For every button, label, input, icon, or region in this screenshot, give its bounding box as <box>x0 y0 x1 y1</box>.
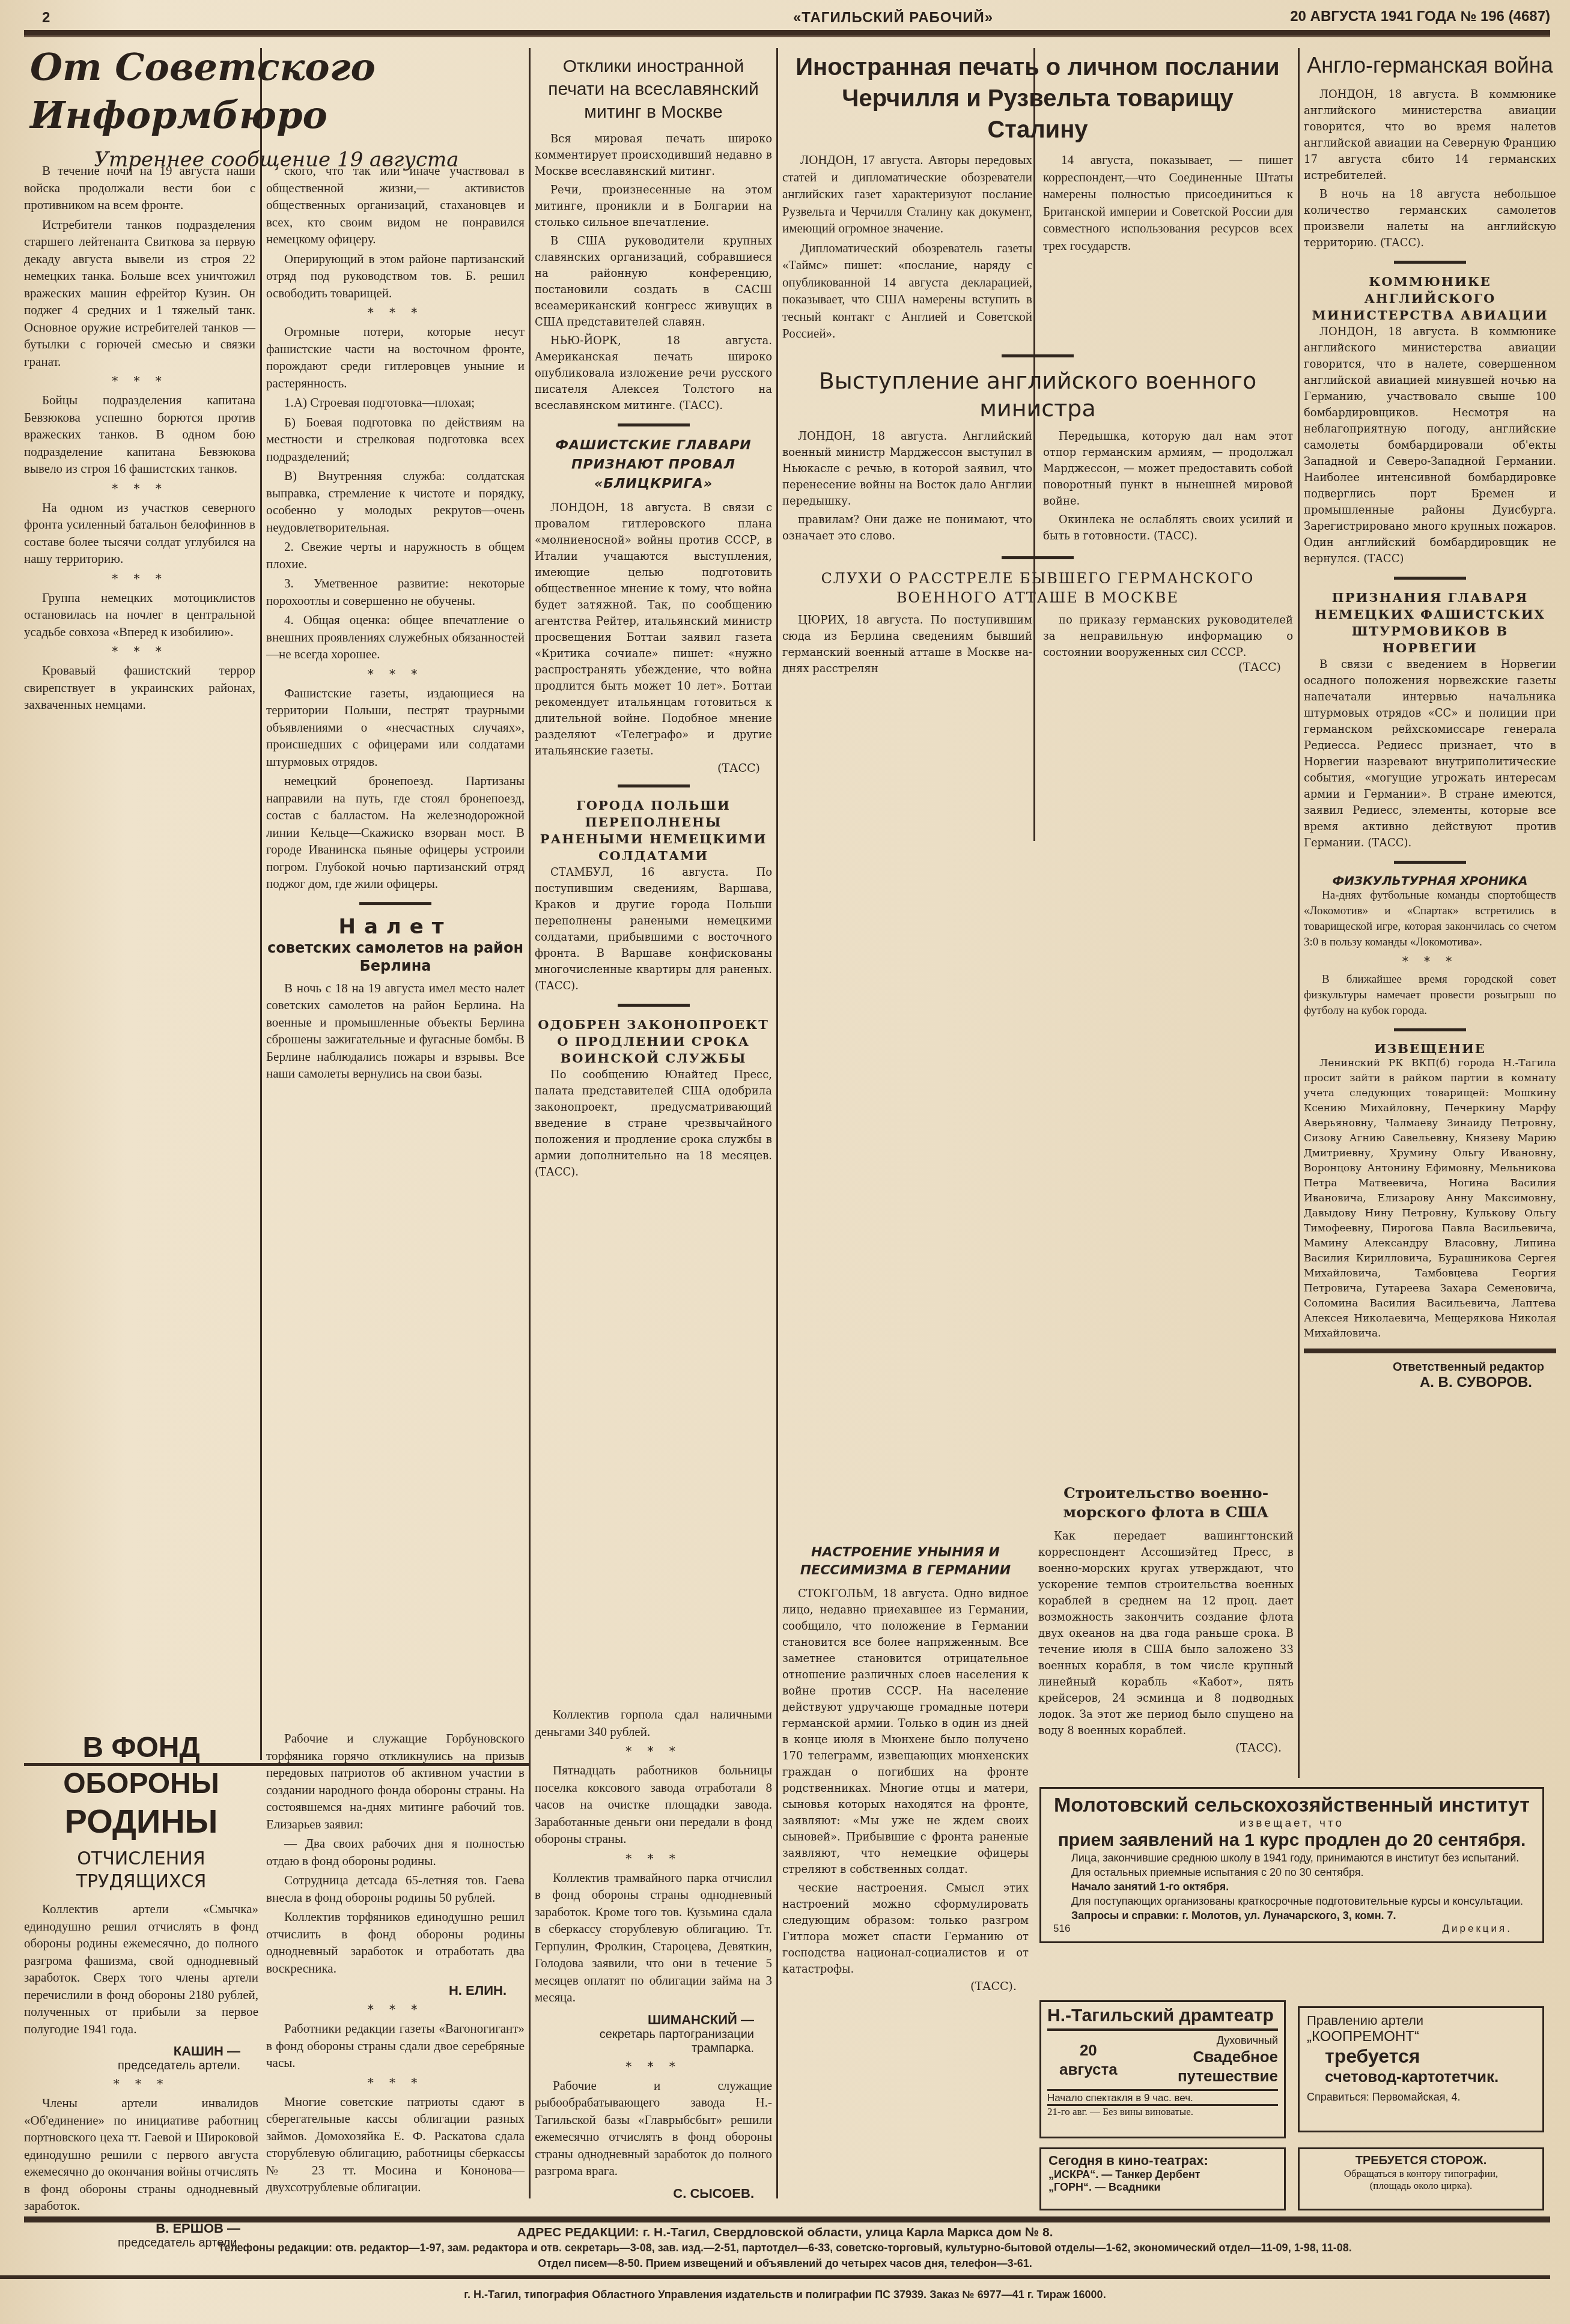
issue-date: 20 АВГУСТА 1941 ГОДА № 196 (4687) <box>1290 8 1550 25</box>
paper-name: «ТАГИЛЬСКИЙ РАБОЧИЙ» <box>793 10 993 26</box>
section-rule <box>1394 577 1466 580</box>
stars-separator: * * * <box>266 305 525 320</box>
watchman-line: Обращаться в контору типографии, <box>1307 2168 1535 2180</box>
watchman-title: ТРЕБУЕТСЯ СТОРОЖ. <box>1307 2154 1535 2168</box>
paragraph: Рабочие и служащие Горбуновского торфяни… <box>266 1730 525 1833</box>
paragraph: В течение ночи на 19 августа наши войска… <box>24 162 255 214</box>
stars-separator: * * * <box>266 2075 525 2090</box>
editor-name: А. В. СУВОРОВ. <box>1304 1374 1556 1391</box>
paragraph: В связи с введением в Норвегии осадного … <box>1304 657 1556 851</box>
stars-separator: * * * <box>24 644 255 658</box>
ad-line: Начало занятий 1-го октября. <box>1053 1880 1530 1894</box>
cinema-ad: Сегодня в кино-театрах: „ИСКРА“. — Танке… <box>1039 2147 1286 2210</box>
foreign-press-article: Иностранная печать о личном послании Чер… <box>782 43 1293 677</box>
source-tag: (ТАСС) <box>1043 661 1293 674</box>
theatre-date-month: августа <box>1059 2060 1118 2079</box>
stars-separator: * * * <box>1304 954 1556 968</box>
paragraph: по приказу германских руководителей за н… <box>1043 612 1293 661</box>
signature-role: председатель артели. <box>24 2059 258 2073</box>
paragraph: Многие советские патриоты сдают в сберег… <box>266 2093 525 2196</box>
paragraph: Сотрудница детсада 65-летняя тов. Гаева … <box>266 1872 525 1906</box>
section-rule <box>359 902 431 905</box>
signature-role: секретарь партогранизации трампарка. <box>535 2028 772 2055</box>
paragraph: Коллектив горпола сдал наличными деньгам… <box>535 1706 772 1740</box>
defense-fund-title: В ФОНД ОБОРОНЫ <box>24 1730 258 1802</box>
col5-body: Англо-германская война ЛОНДОН, 18 август… <box>1304 43 1556 1391</box>
paragraph: Кровавый фашистский террор свирепствует … <box>24 662 255 714</box>
paragraph: ЛОНДОН, 18 августа. В коммюнике английск… <box>1304 86 1556 184</box>
foreign-press-title: Иностранная печать о личном послании Чер… <box>782 43 1293 151</box>
paragraph: Члены артели инвалидов «Об'единение» по … <box>24 2095 258 2215</box>
paragraph: ЛОНДОН, 18 августа. В связи с провалом г… <box>535 500 772 759</box>
stars-separator: * * * <box>24 374 255 388</box>
section-rule <box>1002 556 1074 559</box>
paragraph: Коллектив торфяников единодушно решил от… <box>266 1908 525 1977</box>
paragraph: ЛОНДОН, 18 августа. В коммюнике английск… <box>1304 324 1556 567</box>
mood-title: НАСТРОЕНИЕ УНЫНИЯ И ПЕССИМИЗМА В ГЕРМАНИ… <box>782 1544 1029 1580</box>
bottom-rule <box>0 2275 1550 2279</box>
paragraph: 14 августа, показывает, — пишет корреспо… <box>1043 151 1293 254</box>
rumor-title: СЛУХИ О РАССТРЕЛЕ БЫВШЕГО ГЕРМАНСКОГО ВО… <box>782 569 1293 607</box>
defense-fund-title-2: РОДИНЫ <box>24 1802 258 1840</box>
raf-title: КОММЮНИКЕ АНГЛИЙСКОГО МИНИСТЕРСТВА АВИАЦ… <box>1304 273 1556 324</box>
paragraph: В ближайшее время городской совет физкул… <box>1304 972 1556 1019</box>
stars-separator: * * * <box>266 667 525 681</box>
paragraph: По сообщению Юнайтед Пресс, палата предс… <box>535 1067 772 1180</box>
ad-signature: Дирекция. <box>1442 1923 1530 1935</box>
paragraph: ЛОНДОН, 17 августа. Авторы передовых ста… <box>782 151 1032 237</box>
defense-fund-col2: Рабочие и служащие Горбуновского торфяни… <box>266 1730 525 2198</box>
paragraph: Окинлека не ослаблять своих усилий и быт… <box>1043 512 1293 544</box>
ad-line: Лица, закончившие среднюю школу в 1941 г… <box>1053 1851 1530 1865</box>
defense-fund-col3: Коллектив горпола сдал наличными деньгам… <box>535 1706 772 2201</box>
institute-title: Молотовский сельскохозяйственный институ… <box>1053 1794 1530 1817</box>
minister-title: Выступление английского военного министр… <box>782 367 1293 422</box>
paragraph: ЦЮРИХ, 18 августа. По поступившим сюда и… <box>782 612 1032 677</box>
source-tag: (ТАСС). <box>782 1980 1029 1993</box>
raid-title: Налет <box>266 915 525 939</box>
artel-ad: Правлению артели „КООПРЕМОНТ“ требуется … <box>1298 2006 1544 2132</box>
paragraph: Рабочие и служащие рыбообрабатывающего з… <box>535 2077 772 2180</box>
paragraph: — Два своих рабочих дня я полностью отда… <box>266 1835 525 1869</box>
cinema-row: „ИСКРА“. — Танкер Дербент <box>1048 2168 1277 2181</box>
section-rule <box>1394 861 1466 864</box>
norway-title: ПРИЗНАНИЯ ГЛАВАРЯ НЕМЕЦКИХ ФАШИСТСКИХ ШТ… <box>1304 589 1556 657</box>
stars-separator: * * * <box>24 571 255 586</box>
paragraph: В США руководители крупных славянских ор… <box>535 233 772 330</box>
sovinformburo-title: От Советского Информбюро <box>24 43 529 139</box>
paragraph: На-днях футбольные команды спортобществ … <box>1304 888 1556 950</box>
signature: КАШИН — <box>24 2043 258 2059</box>
list-item: 1.А) Строевая подготовка—плохая; <box>266 394 525 411</box>
cinema-row: „ГОРН“. — Всадники <box>1048 2181 1277 2194</box>
list-item: Б) Боевая подготовка по действиям на мес… <box>266 414 525 466</box>
institute-notifies: извещает, что <box>1053 1817 1530 1830</box>
paragraph: Истребители танков подразделения старшег… <box>24 216 255 371</box>
usa-law-title: ОДОБРЕН ЗАКОНОПРОЕКТ О ПРОДЛЕНИИ СРОКА В… <box>535 1016 772 1067</box>
navy-article: Строительство военно-морского флота в СШ… <box>1038 1484 1294 1755</box>
paragraph: Вся мировая печать широко комментирует п… <box>535 131 772 180</box>
poland-title: ГОРОДА ПОЛЬШИ ПЕРЕПОЛНЕНЫ РАНЕНЫМИ НЕМЕЦ… <box>535 797 772 864</box>
section-rule <box>618 1004 690 1007</box>
stars-separator: * * * <box>535 1744 772 1758</box>
paragraph: немецкий бронепоезд. Партизаны направили… <box>266 772 525 893</box>
watchman-ad: ТРЕБУЕТСЯ СТОРОЖ. Обращаться в контору т… <box>1298 2147 1544 2210</box>
paragraph: Коллектив артели «Смычка» единодушно реш… <box>24 1901 258 2037</box>
newspaper-page: 2 «ТАГИЛЬСКИЙ РАБОЧИЙ» 20 АВГУСТА 1941 Г… <box>0 0 1570 2324</box>
stars-separator: * * * <box>266 2002 525 2016</box>
section-rule <box>1394 1028 1466 1031</box>
theatre-play: Свадебное путешествие <box>1164 2047 1278 2086</box>
signature: ШИМАНСКИЙ — <box>535 2012 772 2028</box>
defense-fund-header: В ФОНД ОБОРОНЫ РОДИНЫ ОТЧИСЛЕНИЯ ТРУДЯЩИ… <box>24 1730 258 2250</box>
navy-title: Строительство военно-морского флота в СШ… <box>1038 1484 1294 1522</box>
col2-body: ского, что так или иначе участвовал в об… <box>266 162 525 1085</box>
section-rule <box>1304 1349 1556 1353</box>
stars-separator: * * * <box>535 2059 772 2074</box>
defense-fund-subtitle: ОТЧИСЛЕНИЯ ТРУДЯЩИХСЯ <box>24 1840 258 1901</box>
column-divider <box>529 48 531 2198</box>
footer-letters: Отдел писем—8-50. Прием извещений и объя… <box>0 2257 1570 2270</box>
artel-line: Справиться: Первомайская, 4. <box>1307 2091 1535 2104</box>
paragraph: Оперирующий в этом районе партизанский о… <box>266 250 525 302</box>
masthead: 2 «ТАГИЛЬСКИЙ РАБОЧИЙ» 20 АВГУСТА 1941 Г… <box>42 6 1556 30</box>
footer-address: АДРЕС РЕДАКЦИИ: г. Н.-Тагил, Свердловско… <box>0 2225 1570 2240</box>
paragraph: Как передает вашингтонский корреспондент… <box>1038 1528 1294 1739</box>
artel-line: Правлению артели <box>1307 2013 1535 2028</box>
reactions-title: Отклики иностранной печати на всеславянс… <box>535 43 772 131</box>
theatre-start: Начало спектакля в 9 час. веч. <box>1047 2089 1278 2104</box>
paragraph: Бойцы подразделения капитана Бевзюкова у… <box>24 392 255 478</box>
source-tag: (ТАСС). <box>1038 1741 1294 1755</box>
paragraph: ческие настроения. Смысл этих настроений… <box>782 1880 1029 1977</box>
paragraph: Огромные потери, которые несут фашистски… <box>266 323 525 392</box>
artel-line: счетовод-картотетчик. <box>1307 2068 1535 2086</box>
artel-line: требуется <box>1307 2045 1535 2068</box>
col1-body: В течение ночи на 19 августа наши войска… <box>24 162 255 716</box>
theatre-title: Н.-Тагильский драмтеатр <box>1047 2006 1278 2031</box>
raid-subtitle: советских самолетов на район Берлина <box>266 939 525 975</box>
artel-name: „КООПРЕМОНТ“ <box>1307 2028 1535 2045</box>
section-rule <box>618 784 690 787</box>
ad-line: Для остальных приемные испытания с 20 по… <box>1053 1865 1530 1880</box>
page-number: 2 <box>42 10 50 26</box>
institute-ad: Молотовский сельскохозяйственный институ… <box>1039 1787 1544 1943</box>
fascist-title: ФАШИСТСКИЕ ГЛАВАРИ ПРИЗНАЮТ ПРОВАЛ «БЛИЦ… <box>535 436 772 494</box>
section-rule <box>618 423 690 426</box>
theatre-date-day: 20 <box>1059 2040 1118 2060</box>
top-rule <box>24 30 1550 37</box>
footer-phones: Телефоны редакции: отв. редактор—1-97, з… <box>0 2242 1570 2254</box>
paragraph: Передышка, которую дал нам этот отпор ге… <box>1043 428 1293 509</box>
theatre-author: Духовичный <box>1164 2034 1278 2047</box>
stars-separator: * * * <box>24 2077 258 2091</box>
institute-headline: прием заявлений на 1 курс продлен до 20 … <box>1053 1830 1530 1851</box>
ad-line: Для поступающих организованы краткосрочн… <box>1053 1894 1530 1908</box>
theatre-ad: Н.-Тагильский драмтеатр 20 августа Духов… <box>1039 2000 1286 2138</box>
paragraph: Речи, произнесенные на этом митинге, про… <box>535 182 772 231</box>
editor-label: Ответственный редактор <box>1304 1361 1556 1374</box>
paragraph: СТОКГОЛЬМ, 18 августа. Одно видное лицо,… <box>782 1586 1029 1878</box>
paragraph: НЬЮ-ЙОРК, 18 августа. Американская печат… <box>535 333 772 414</box>
signature: Н. ЕЛИН. <box>266 1983 525 1998</box>
paragraph: Коллектив трамвайного парка отчислил в ф… <box>535 1869 772 2006</box>
paragraph: На одном из участков северного фронта ус… <box>24 499 255 568</box>
ad-code: 516 <box>1053 1923 1070 1935</box>
paragraph: правилам? Они даже не понимают, что озна… <box>782 512 1032 544</box>
theatre-next: 21-го авг. — Без вины виноватые. <box>1047 2104 1278 2118</box>
paragraph: В ночь на 18 августа небольшое количеств… <box>1304 186 1556 251</box>
list-item: 3. Уметвенное развитие: некоторые порохо… <box>266 575 525 609</box>
footer-printer: г. Н.-Тагил, типография Областного Управ… <box>0 2289 1570 2301</box>
cinema-title: Сегодня в кино-театрах: <box>1048 2153 1277 2168</box>
stars-separator: * * * <box>535 1851 772 1866</box>
reactions-article: Отклики иностранной печати на всеславянс… <box>535 43 772 1183</box>
paragraph: Фашистские газеты, издающиеся на террито… <box>266 685 525 771</box>
paragraph: СТАМБУЛ, 16 августа. По поступившим свед… <box>535 864 772 994</box>
column-divider <box>776 48 778 2198</box>
paragraph: Пятнадцать работников больницы поселка к… <box>535 1762 772 1848</box>
stars-separator: * * * <box>24 481 255 496</box>
list-item: 4. Общая оценка: общее впечатление о вне… <box>266 611 525 663</box>
ad-line: Запросы и справки: г. Молотов, ул. Лунач… <box>1053 1908 1530 1923</box>
bottom-rule <box>24 2216 1550 2222</box>
section-rule <box>1394 261 1466 264</box>
sport-title: ФИЗКУЛЬТУРНАЯ ХРОНИКА <box>1304 873 1556 888</box>
list-item: 2. Свежие черты и наружность в общем пло… <box>266 538 525 572</box>
column-divider <box>260 48 262 1760</box>
notice-title: ИЗВЕЩЕНИЕ <box>1304 1041 1556 1056</box>
signature: С. СЫСОЕВ. <box>535 2186 772 2201</box>
source-tag: (ТАСС) <box>535 762 772 775</box>
column-divider <box>1298 48 1300 1778</box>
section-rule <box>1002 354 1074 357</box>
paragraph: Ленинский РК ВКП(б) города Н.-Тагила про… <box>1304 1056 1556 1341</box>
watchman-line: (площадь около цирка). <box>1307 2180 1535 2192</box>
mood-article: НАСТРОЕНИЕ УНЫНИЯ И ПЕССИМИЗМА В ГЕРМАНИ… <box>782 1544 1029 1993</box>
paragraph: Работники редакции газеты «Вагоногигант»… <box>266 2020 525 2072</box>
paragraph: ЛОНДОН, 18 августа. Английский военный м… <box>782 428 1032 509</box>
anglo-german-title: Англо-германская война <box>1304 43 1556 86</box>
paragraph: Дипломатический обозреватель газеты «Тай… <box>782 240 1032 342</box>
paragraph: Группа немецких мотоциклистов остановила… <box>24 589 255 641</box>
paragraph: ского, что так или иначе участвовал в об… <box>266 162 525 248</box>
list-item: В) Внутренняя служба: солдатская выправк… <box>266 467 525 536</box>
paragraph: В ночь с 18 на 19 августа имел место нал… <box>266 980 525 1082</box>
